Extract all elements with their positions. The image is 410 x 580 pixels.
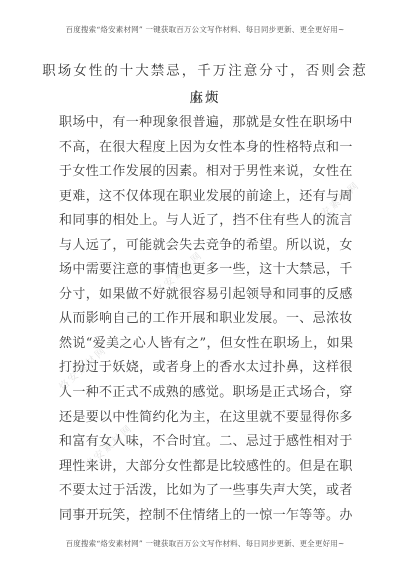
body-line: 职场中，有一种现象很普遍，那就是女性在职场中的地位 — [59, 111, 353, 136]
body-line: 还是要以中性简约化为主，在这里就不要显得你多么漂亮 — [59, 406, 353, 431]
body-line: 打扮过于妖娆，或者身上的香水太过扑鼻，这样很容易给 — [59, 356, 353, 381]
document-page: 百度搜索“烙安素材网” 一键获取百万公文写作材料、每日同步更新、更全更好用~ 烙… — [0, 0, 410, 580]
body-line: 然说“爱美之心人皆有之”，但女性在职场上，如果穿着 — [59, 332, 353, 357]
body-line: 与人远了，可能就会失去竞争的希望。所以说，女性在职 — [59, 234, 353, 259]
body-line: 场中需要注意的事情也更多一些，这十大禁忌，千万注意 — [59, 258, 353, 283]
body-line: 分寸，如果做不好就很容易引起领导和同事的反感和注意 — [59, 283, 353, 308]
body-line: 理性来讲，大部分女性都是比较感性的。但是在职场中， — [59, 455, 353, 480]
body-line: 不高，在很大程度上因为女性本身的性格特点和一些不利 — [59, 136, 353, 161]
body-line: 同事开玩笑，控制不住情绪上的一惊一乍等等。办公室毕 — [59, 504, 353, 529]
body-line: 和富有女人味，不合时宜。二、忌过于感性相对于男性的 — [59, 430, 353, 455]
body-line: 和同事的相处上。与人近了，挡不住有些人的流言蜚语， — [59, 209, 353, 234]
body-line: 于女性工作发展的因素。相对于男性来说，女性在职场中 — [59, 160, 353, 185]
body-line: 从而影响自己的工作开展和职业发展。一、忌浓妆艳抹虽 — [59, 307, 353, 332]
document-title: 职场女性的十大禁忌，千万注意分寸，否则会惹上大 麻烦 — [40, 58, 370, 112]
document-body: 职场中，有一种现象很普遍，那就是女性在职场中的地位 不高，在很大程度上因为女性本… — [59, 111, 353, 528]
page-footer-text: 百度搜索“烙安素材网” 一键获取百万公文写作材料、每日同步更新、更全更好用~ — [0, 538, 410, 549]
page-header-text: 百度搜索“烙安素材网” 一键获取百万公文写作材料、每日同步更新、更全更好用~ — [0, 24, 410, 35]
document-title-line-2: 麻烦 — [40, 85, 370, 112]
body-line: 更难，这不仅体现在职业发展的前途上，还有与周围领导 — [59, 185, 353, 210]
document-title-line-1: 职场女性的十大禁忌，千万注意分寸，否则会惹上大 — [40, 58, 370, 85]
body-line: 人一种不正式不成熟的感觉。职场是正式场合，穿着打扮 — [59, 381, 353, 406]
body-line: 不要太过于活泼，比如为了一些事失声大笑，或者和周围 — [59, 479, 353, 504]
